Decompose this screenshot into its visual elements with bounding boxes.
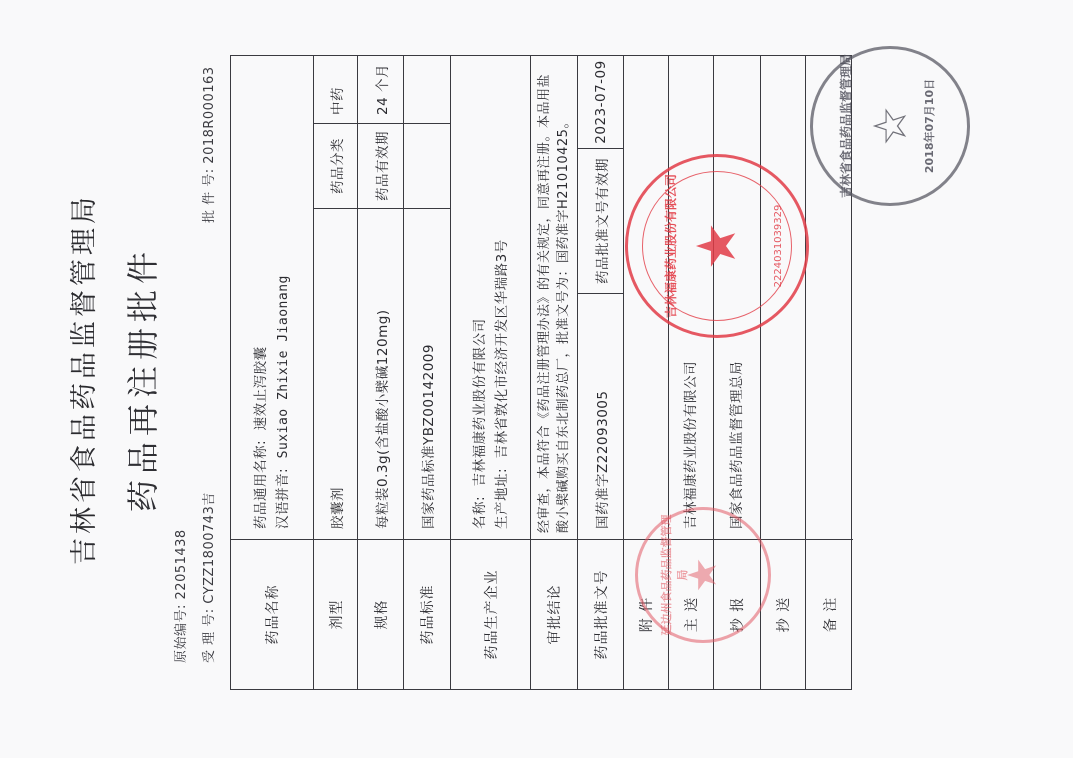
row-standard: 药品标准 国家药品标准YBZ00142009: [404, 56, 451, 689]
label-main-recipient: 主 送: [669, 539, 713, 689]
value-shelf-life: 24 个月: [358, 56, 403, 124]
row-main-recipient: 主 送 吉林福康药业股份有限公司: [669, 56, 714, 689]
approval-document-number: 批 件 号: 2018R000163: [198, 66, 217, 223]
row-approval-no: 药品批准文号 国药准字Z22093005 药品批准文号有效期 2023-07-0…: [578, 56, 624, 689]
value-specification: 每粒装0.3g(含盐酸小檗碱120mg): [358, 209, 403, 539]
label-remarks: 备 注: [806, 539, 853, 689]
row-attachment: 附 件: [624, 56, 669, 689]
value-main-recipient: 吉林福康药业股份有限公司: [669, 56, 713, 539]
value-category: 中药: [314, 56, 357, 124]
document-title: 药品再注册批件: [118, 0, 164, 758]
label-drug-name: 药品名称: [231, 539, 313, 689]
label-specification: 规格: [358, 539, 403, 689]
row-remarks: 备 注: [806, 56, 853, 689]
row-report-to: 抄 报 国家食品药品监督管理总局: [714, 56, 761, 689]
row-drug-name: 药品名称 药品通用名称: 速效止泻胶囊 汉语拼音: Suxiao Zhixie …: [231, 56, 314, 689]
issuer-heading: 吉林省食品药品监督管理局: [62, 0, 101, 758]
value-approval-validity: 2023-07-09: [578, 56, 623, 149]
document-page: 吉林省食品药品监督管理局 药品再注册批件 原始编号: 22051438 受 理 …: [0, 0, 1073, 758]
label-category: 药品分类: [314, 124, 357, 209]
label-attachment: 附 件: [624, 539, 668, 689]
manufacturer-address: 吉林省敦化市经济开发区华瑞路3号: [494, 239, 510, 458]
label-cc: 抄 送: [761, 539, 805, 689]
row-conclusion: 审批结论 经审查，本品符合《药品注册管理办法》的有关规定，同意再注册。本品用盐 …: [531, 56, 578, 689]
acceptance-number: 受 理 号: CYZZ1800743吉: [198, 492, 217, 663]
label-conclusion: 审批结论: [531, 539, 577, 689]
label-report-to: 抄 报: [714, 539, 760, 689]
generic-name: 速效止泻胶囊: [253, 346, 269, 430]
label-standard: 药品标准: [404, 539, 450, 689]
row-specification: 规格 每粒装0.3g(含盐酸小檗碱120mg) 药品有效期 24 个月: [358, 56, 404, 689]
value-approval-no: 国药准字Z22093005: [578, 294, 623, 539]
label-shelf-life: 药品有效期: [358, 124, 403, 209]
value-manufacturer: 名称: 吉林福康药业股份有限公司 生产地址: 吉林省敦化市经济开发区华瑞路3号: [451, 56, 530, 539]
row-cc: 抄 送: [761, 56, 806, 689]
label-approval-validity: 药品批准文号有效期: [578, 149, 623, 294]
value-report-to: 国家食品药品监督管理总局: [714, 56, 760, 539]
value-dosage-form: 胶囊剂: [314, 359, 357, 539]
label-approval-no: 药品批准文号: [578, 539, 623, 689]
value-remarks: [806, 56, 853, 539]
label-manufacturer: 药品生产企业: [451, 539, 530, 689]
manufacturer-name: 吉林福康药业股份有限公司: [472, 318, 488, 486]
original-number: 原始编号: 22051438: [170, 529, 189, 663]
value-standard: 国家药品标准YBZ00142009: [404, 209, 450, 539]
pinyin-name: Suxiao Zhixie Jiaonang: [276, 275, 291, 458]
row-dosage-form: 剂型 胶囊剂 药品分类 中药: [314, 56, 358, 689]
value-drug-name: 药品通用名称: 速效止泻胶囊 汉语拼音: Suxiao Zhixie Jiaon…: [231, 56, 313, 539]
label-dosage-form: 剂型: [314, 539, 357, 689]
star-icon: ☆: [867, 105, 913, 146]
value-attachment: [624, 56, 668, 539]
value-conclusion: 经审查，本品符合《药品注册管理办法》的有关规定，同意再注册。本品用盐 酸小檗碱购…: [531, 56, 577, 539]
value-cc: [761, 56, 805, 539]
registration-table: 药品名称 药品通用名称: 速效止泻胶囊 汉语拼音: Suxiao Zhixie …: [230, 55, 852, 690]
row-manufacturer: 药品生产企业 名称: 吉林福康药业股份有限公司 生产地址: 吉林省敦化市经济开发…: [451, 56, 531, 689]
